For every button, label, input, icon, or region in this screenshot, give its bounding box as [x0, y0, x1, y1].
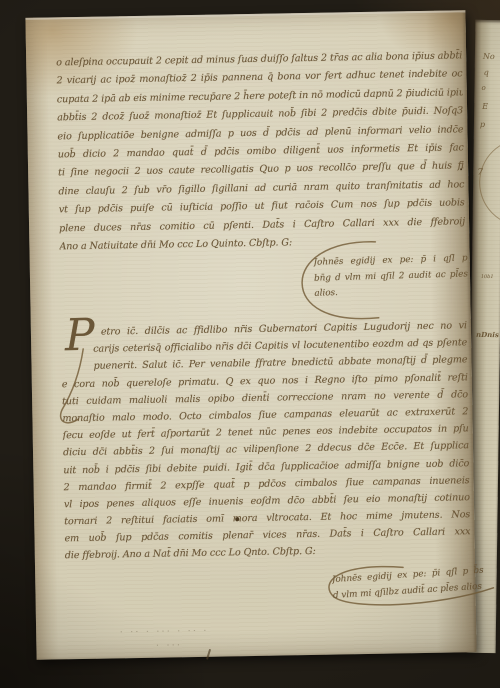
circle-flourish — [479, 138, 500, 227]
paragraph-1: o aleſpina occupauit 2 cepit ad minus ſu… — [56, 47, 465, 256]
manuscript-photo: No q o E p 7 10b1 nDnis o aleſpina occup… — [0, 0, 500, 688]
next-page-text-fragment: 7 — [477, 168, 483, 178]
next-page-text-fragment: p — [480, 120, 485, 129]
text-line: alios. — [314, 283, 468, 303]
faint-margin-scribble: · ·· · ··· · ·· · — [120, 626, 250, 636]
manuscript-page: o aleſpina occupauit 2 cepit ad minus ſu… — [25, 10, 476, 660]
next-page-text-fragment: o — [481, 84, 485, 92]
ink-blot — [206, 649, 211, 660]
next-page-text-fragment: 10b1 — [481, 274, 494, 280]
notary-signature-1: Johnēs egidij ex pe: p̄ i qſl p bn̄g d v… — [313, 251, 468, 302]
next-page-text-fragment: nDnis — [476, 330, 499, 339]
next-page-text-fragment: E — [482, 102, 488, 111]
ink-blot — [460, 168, 462, 170]
paragraph-2: etro ic̄. dilc̄is ac ffidlibo nr̄is Gube… — [61, 317, 471, 565]
ink-blot — [235, 517, 239, 521]
next-page-text-fragment: No — [483, 52, 495, 61]
faint-margin-scribble: · ··· — [156, 641, 182, 649]
next-page-text-fragment: q — [484, 68, 489, 77]
